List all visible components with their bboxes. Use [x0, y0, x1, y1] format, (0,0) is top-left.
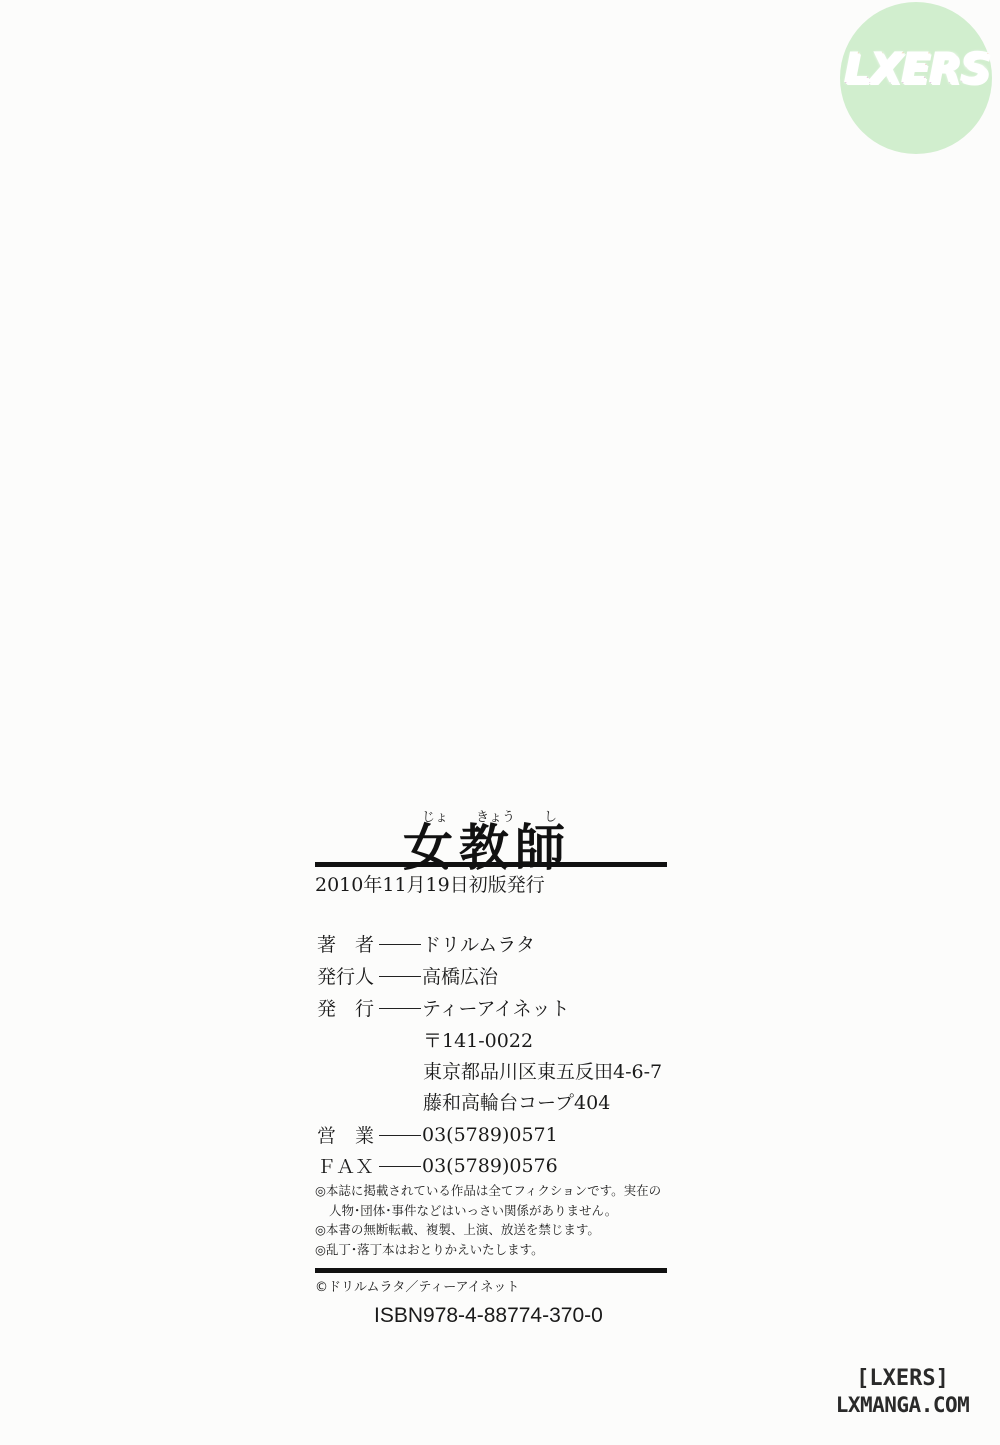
contact-label: 営 業 — [317, 1121, 379, 1148]
address-building: 藤和高輪台コープ404 — [423, 1088, 610, 1115]
credit-value: ティーアイネット — [422, 994, 570, 1021]
leader-dash — [379, 976, 421, 977]
watermark-logo-text: LXERS — [842, 44, 992, 93]
leader-dash — [379, 1135, 421, 1136]
isbn: ISBN978-4-88774-370-0 — [374, 1304, 603, 1328]
note-fiction-cont: 人物･団体･事件などはいっさい関係がありません。 — [315, 1201, 661, 1221]
address-postal-code: 〒141-0022 — [423, 1026, 533, 1053]
credit-publisher: 発 行 ティーアイネット — [317, 994, 570, 1021]
leader-dash — [379, 1166, 421, 1167]
credit-label: 発行人 — [317, 962, 379, 989]
watermark-footer-brand: [LXERS] — [820, 1366, 985, 1392]
watermark-footer-url: LXMANGA.COM — [820, 1392, 985, 1418]
credit-publisher-person: 発行人 高橋広治 — [317, 962, 498, 989]
legal-notes: ◎本誌に掲載されている作品は全てフィクションです。実在の 人物･団体･事件などは… — [315, 1181, 661, 1259]
leader-dash — [379, 944, 421, 945]
publication-date: 2010年11月19日初版発行 — [315, 870, 545, 897]
credit-author: 著 者 ドリルムラタ — [317, 930, 535, 957]
contact-value: 03(5789)0571 — [422, 1124, 558, 1146]
copyright: ©ドリルムラタ／ティーアイネット — [315, 1276, 519, 1295]
divider-bottom — [315, 1268, 667, 1273]
watermark-footer: [LXERS] LXMANGA.COM — [820, 1366, 985, 1418]
leader-dash — [379, 1008, 421, 1009]
credit-value: ドリルムラタ — [422, 930, 535, 957]
contact-value: 03(5789)0576 — [422, 1155, 558, 1177]
contact-label: ＦＡＸ — [317, 1152, 379, 1179]
credit-value: 高橋広治 — [422, 962, 498, 989]
note-misprint: ◎乱丁･落丁本はおとりかえいたします。 — [315, 1240, 661, 1260]
address-street: 東京都品川区東五反田4-6-7 — [423, 1057, 662, 1084]
note-no-reproduction: ◎本書の無断転載、複製、上演、放送を禁じます。 — [315, 1220, 661, 1240]
contact-sales: 営 業 03(5789)0571 — [317, 1121, 558, 1148]
credit-label: 著 者 — [317, 930, 379, 957]
divider-top — [315, 862, 667, 867]
note-fiction: ◎本誌に掲載されている作品は全てフィクションです。実在の — [315, 1181, 661, 1201]
credit-label: 発 行 — [317, 994, 379, 1021]
contact-fax: ＦＡＸ 03(5789)0576 — [317, 1152, 558, 1179]
